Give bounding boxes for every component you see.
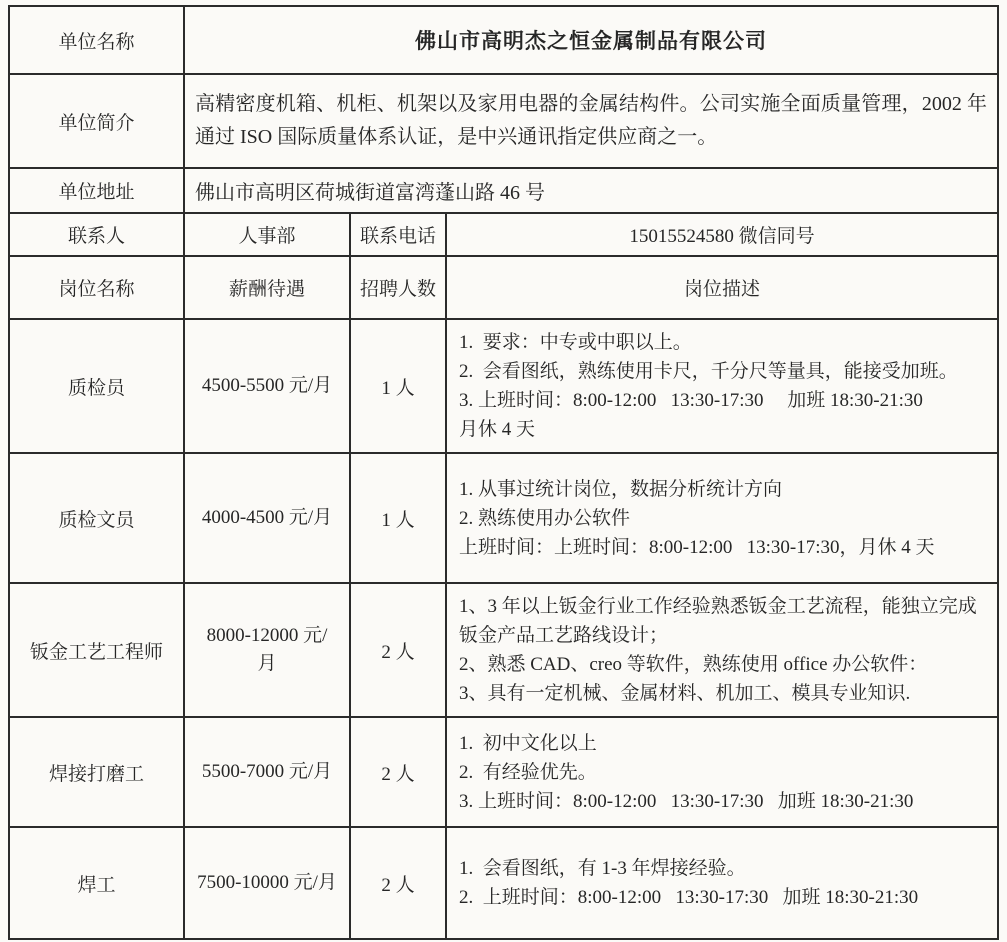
company-intro-row: 单位简介 高精密度机箱、机柜、机架以及家用电器的金属结构件。公司实施全面质量管理… [9,74,998,168]
job-description: 1. 会看图纸，有 1-3 年焊接经验。 2. 上班时间：8:00-12:00 … [446,827,998,939]
job-headcount: 2 人 [350,717,446,827]
contact-row: 联系人 人事部 联系电话 15015524580 微信同号 [9,213,998,256]
job-row: 焊工 7500-10000 元/月 2 人 1. 会看图纸，有 1-3 年焊接经… [9,827,998,939]
job-headcount: 1 人 [350,453,446,583]
company-intro-value: 高精密度机箱、机柜、机架以及家用电器的金属结构件。公司实施全面质量管理，2002… [184,74,998,168]
contact-label: 联系人 [9,213,184,256]
jobs-header-salary: 薪酬待遇 [184,256,350,319]
job-salary: 4000-4500 元/月 [184,453,350,583]
job-title: 焊工 [9,827,184,939]
job-row: 焊接打磨工 5500-7000 元/月 2 人 1. 初中文化以上 2. 有经验… [9,717,998,827]
company-name-value: 佛山市高明杰之恒金属制品有限公司 [184,6,998,74]
job-salary: 7500-10000 元/月 [184,827,350,939]
job-row: 质检员 4500-5500 元/月 1 人 1. 要求：中专或中职以上。 2. … [9,319,998,453]
job-headcount: 2 人 [350,583,446,717]
contact-phone-value: 15015524580 微信同号 [446,213,998,256]
contact-phone-label: 联系电话 [350,213,446,256]
job-headcount: 1 人 [350,319,446,453]
job-row: 钣金工艺工程师 8000-12000 元/ 月 2 人 1、3 年以上钣金行业工… [9,583,998,717]
job-description: 1. 初中文化以上 2. 有经验优先。 3. 上班时间：8:00-12:00 1… [446,717,998,827]
job-title: 质检员 [9,319,184,453]
job-title: 质检文员 [9,453,184,583]
jobs-header-description: 岗位描述 [446,256,998,319]
recruitment-table: 单位名称 佛山市高明杰之恒金属制品有限公司 单位简介 高精密度机箱、机柜、机架以… [8,5,999,940]
job-description: 1、3 年以上钣金行业工作经验熟悉钣金工艺流程，能独立完成钣金产品工艺路线设计；… [446,583,998,717]
job-title: 焊接打磨工 [9,717,184,827]
jobs-header-row: 岗位名称 薪酬待遇 招聘人数 岗位描述 [9,256,998,319]
job-salary: 5500-7000 元/月 [184,717,350,827]
jobs-header-title: 岗位名称 [9,256,184,319]
jobs-header-headcount: 招聘人数 [350,256,446,319]
company-address-value: 佛山市高明区荷城街道富湾蓬山路 46 号 [184,168,998,213]
contact-department: 人事部 [184,213,350,256]
job-headcount: 2 人 [350,827,446,939]
company-intro-label: 单位简介 [9,74,184,168]
company-address-row: 单位地址 佛山市高明区荷城街道富湾蓬山路 46 号 [9,168,998,213]
job-row: 质检文员 4000-4500 元/月 1 人 1. 从事过统计岗位，数据分析统计… [9,453,998,583]
company-name-row: 单位名称 佛山市高明杰之恒金属制品有限公司 [9,6,998,74]
job-description: 1. 要求：中专或中职以上。 2. 会看图纸，熟练使用卡尺，千分尺等量具，能接受… [446,319,998,453]
job-title: 钣金工艺工程师 [9,583,184,717]
job-salary: 4500-5500 元/月 [184,319,350,453]
company-name-label: 单位名称 [9,6,184,74]
job-salary: 8000-12000 元/ 月 [184,583,350,717]
job-description: 1. 从事过统计岗位，数据分析统计方向 2. 熟练使用办公软件 上班时间：上班时… [446,453,998,583]
company-address-label: 单位地址 [9,168,184,213]
